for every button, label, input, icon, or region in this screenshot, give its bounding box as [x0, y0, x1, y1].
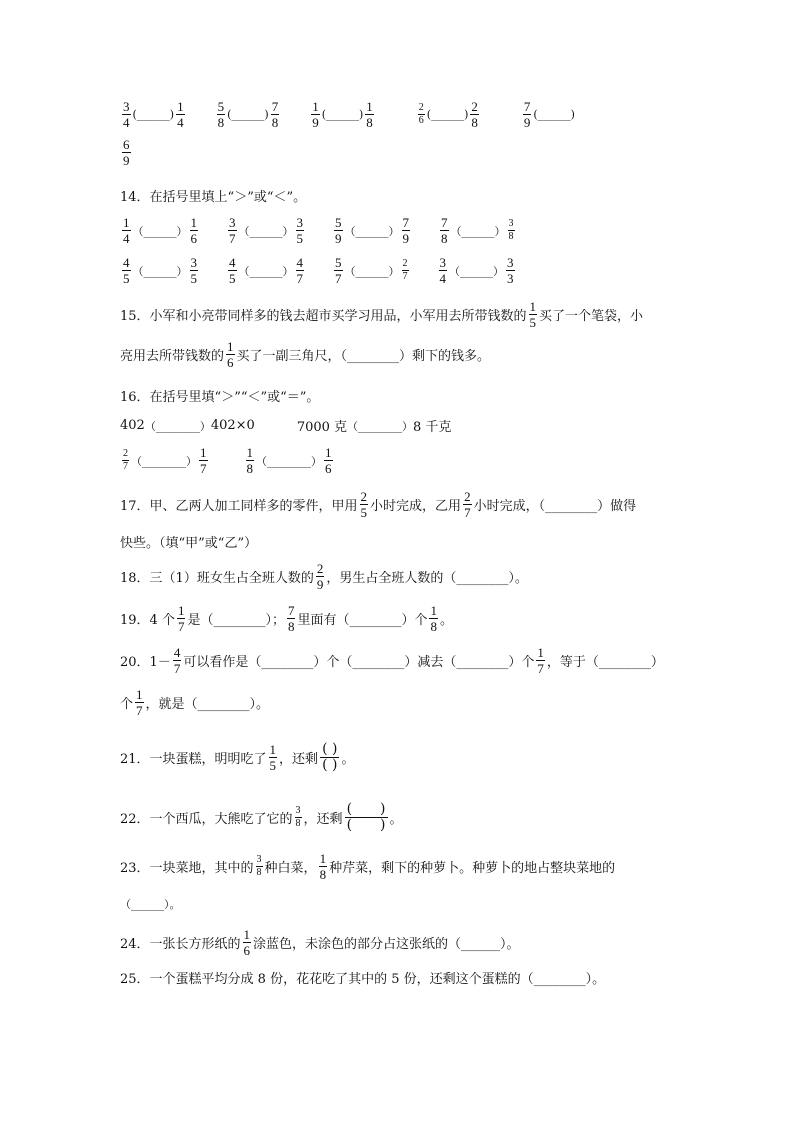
answer-blank[interactable]: (______) — [427, 108, 469, 121]
answer-blank[interactable]: 是（________）； — [187, 609, 285, 628]
q20-line-2: 个 17 ，就是（________）。 — [120, 688, 269, 717]
q16-title: 16．在括号里填“＞”“＜”或“＝”。 — [120, 386, 319, 405]
answer-blank[interactable]: （______） — [345, 263, 400, 279]
fraction: 16 — [190, 216, 199, 245]
fraction: 35 — [190, 256, 199, 285]
answer-blank[interactable]: 涂蓝色，未涂色的部分占这张纸的（______）。 — [253, 933, 520, 952]
fraction: 17 — [177, 604, 186, 633]
answer-blank[interactable]: （________） — [347, 418, 413, 434]
q21: 21．一块蛋糕，明明吃了 15 ，还剩 ( )( ) 。 — [120, 742, 354, 773]
fraction: 29 — [316, 562, 325, 591]
fraction: 17 — [135, 688, 144, 717]
fraction: 27 — [402, 259, 409, 282]
fraction: 47 — [296, 256, 305, 285]
fraction: 59 — [334, 216, 343, 245]
q17-line-1: 17．甲、乙两人加工同样多的零件，甲用 25 小时完成，乙用 27 小时完成，（… — [120, 490, 636, 519]
answer-blank[interactable]: 里面有（________）个 — [297, 609, 427, 628]
fraction: 33 — [506, 256, 515, 285]
fraction: 45 — [228, 256, 237, 285]
fraction: 79 — [523, 100, 532, 129]
fraction: 18 — [429, 604, 438, 633]
answer-blank[interactable]: （______） — [451, 223, 506, 239]
answer-blank[interactable]: (______) — [322, 108, 364, 121]
fraction: 18 — [319, 852, 328, 881]
q18: 18．三（1）班女生占全班人数的 29 ，男生占全班人数的（________）。 — [120, 562, 528, 591]
q23-line-1: 23．一块菜地，其中的 38 种白菜， 18 种芹菜，剩下的种萝卜。种萝卜的地占… — [120, 852, 615, 881]
answer-blank[interactable]: ，就是（________）。 — [146, 693, 270, 712]
fraction: 14 — [176, 100, 185, 129]
answer-blank[interactable]: 25．一个蛋糕平均分成 8 份，花花吃了其中的 5 份，还剩这个蛋糕的（____… — [120, 968, 605, 987]
answer-fraction-blank[interactable]: ( )( ) — [320, 742, 339, 773]
q15-line-1: 15．小军和小亮带同样多的钱去超市买学习用品，小军用去所带钱数的 15 买了一个… — [120, 300, 643, 329]
q14-row-1: 14 （______） 16 37 （______） 35 59 （______… — [120, 216, 517, 245]
answer-fraction-blank[interactable]: ( )( ) — [345, 802, 388, 833]
fraction: 79 — [402, 216, 411, 245]
fraction: 15 — [269, 743, 278, 772]
answer-blank[interactable]: (______) — [533, 108, 575, 121]
fraction: 45 — [122, 256, 131, 285]
q24: 24．一张长方形纸的 16 涂蓝色，未涂色的部分占这张纸的（______）。 — [120, 928, 520, 957]
fraction: 27 — [122, 449, 129, 472]
q15-line-2: 亮用去所带钱数的 16 买了一副三角尺，（________）剩下的钱多。 — [120, 340, 490, 369]
fraction: 37 — [228, 216, 237, 245]
fraction: 78 — [271, 100, 280, 129]
answer-blank[interactable]: （______） — [239, 223, 294, 239]
fraction: 34 — [439, 256, 448, 285]
q25: 25．一个蛋糕平均分成 8 份，花花吃了其中的 5 份，还剩这个蛋糕的（____… — [120, 968, 605, 987]
q16-row-1: 402 （________） 402×0 7000 克 （________） 8… — [120, 416, 451, 435]
fraction: 38 — [508, 219, 515, 242]
fraction: 28 — [470, 100, 479, 129]
answer-blank[interactable]: （______） — [133, 223, 188, 239]
fraction: 18 — [365, 100, 374, 129]
answer-blank[interactable]: (______) — [227, 108, 269, 121]
fraction: 57 — [334, 256, 343, 285]
fraction: 17 — [199, 446, 208, 475]
q14-title: 14．在括号里填上“＞”或“＜”。 — [120, 186, 306, 205]
fraction: 15 — [529, 300, 538, 329]
fraction: 34 — [122, 100, 131, 129]
answer-blank[interactable]: （______） — [133, 263, 188, 279]
fraction: 16 — [324, 446, 333, 475]
fraction: 26 — [418, 103, 425, 126]
answer-blank[interactable]: （______） — [239, 263, 294, 279]
answer-blank[interactable]: 小时完成，（________）做得 — [474, 495, 637, 514]
q13-row: 34 (______) 14 58 (______) 78 19 (______… — [120, 100, 575, 129]
answer-blank[interactable]: （________） — [145, 418, 211, 434]
fraction: 16 — [226, 340, 235, 369]
fraction: 69 — [122, 138, 131, 167]
q13-row-wrap: 69 — [120, 138, 133, 167]
answer-blank[interactable]: （______） — [449, 263, 504, 279]
answer-blank[interactable]: （______）。 — [120, 896, 181, 912]
q14-row-2: 45 （______） 35 45 （______） 47 57 （______… — [120, 256, 517, 285]
answer-blank[interactable]: ，男生占全班人数的（________）。 — [326, 567, 528, 586]
q16-row-2: 27 （________） 17 18 （________） 16 — [120, 446, 335, 475]
fraction: 35 — [296, 216, 305, 245]
fraction: 78 — [440, 216, 449, 245]
q17-line-2: 快些。（填“甲”或“乙”） — [120, 532, 257, 551]
fraction: 27 — [463, 490, 472, 519]
fraction: 38 — [256, 855, 263, 878]
q23-line-2: （______）。 — [120, 896, 181, 912]
fraction: 19 — [311, 100, 320, 129]
answer-blank[interactable]: ，等于（________） — [547, 651, 664, 670]
answer-blank[interactable]: 可以看作是（________）个（________）减去（________）个 — [183, 651, 534, 670]
fraction: 14 — [122, 216, 131, 245]
q22: 22．一个西瓜，大熊吃了它的 38 ，还剩 ( )( ) 。 — [120, 802, 403, 833]
q19: 19．4 个 17 是（________）； 78 里面有（________）个… — [120, 604, 453, 633]
q20-line-1: 20．1－ 47 可以看作是（________）个（________）减去（__… — [120, 646, 664, 675]
fraction: 38 — [295, 806, 302, 829]
answer-blank[interactable]: （______） — [345, 223, 400, 239]
answer-blank[interactable]: （________） — [256, 453, 322, 469]
fraction: 78 — [287, 604, 296, 633]
fraction: 16 — [243, 928, 252, 957]
fraction: 17 — [536, 646, 545, 675]
answer-blank[interactable]: (______) — [133, 108, 175, 121]
fraction: 25 — [360, 490, 369, 519]
answer-blank[interactable]: （________） — [131, 453, 197, 469]
answer-blank[interactable]: 买了一副三角尺，（________）剩下的钱多。 — [237, 345, 491, 364]
fraction: 18 — [246, 446, 255, 475]
fraction: 47 — [173, 646, 182, 675]
fraction: 58 — [217, 100, 226, 129]
